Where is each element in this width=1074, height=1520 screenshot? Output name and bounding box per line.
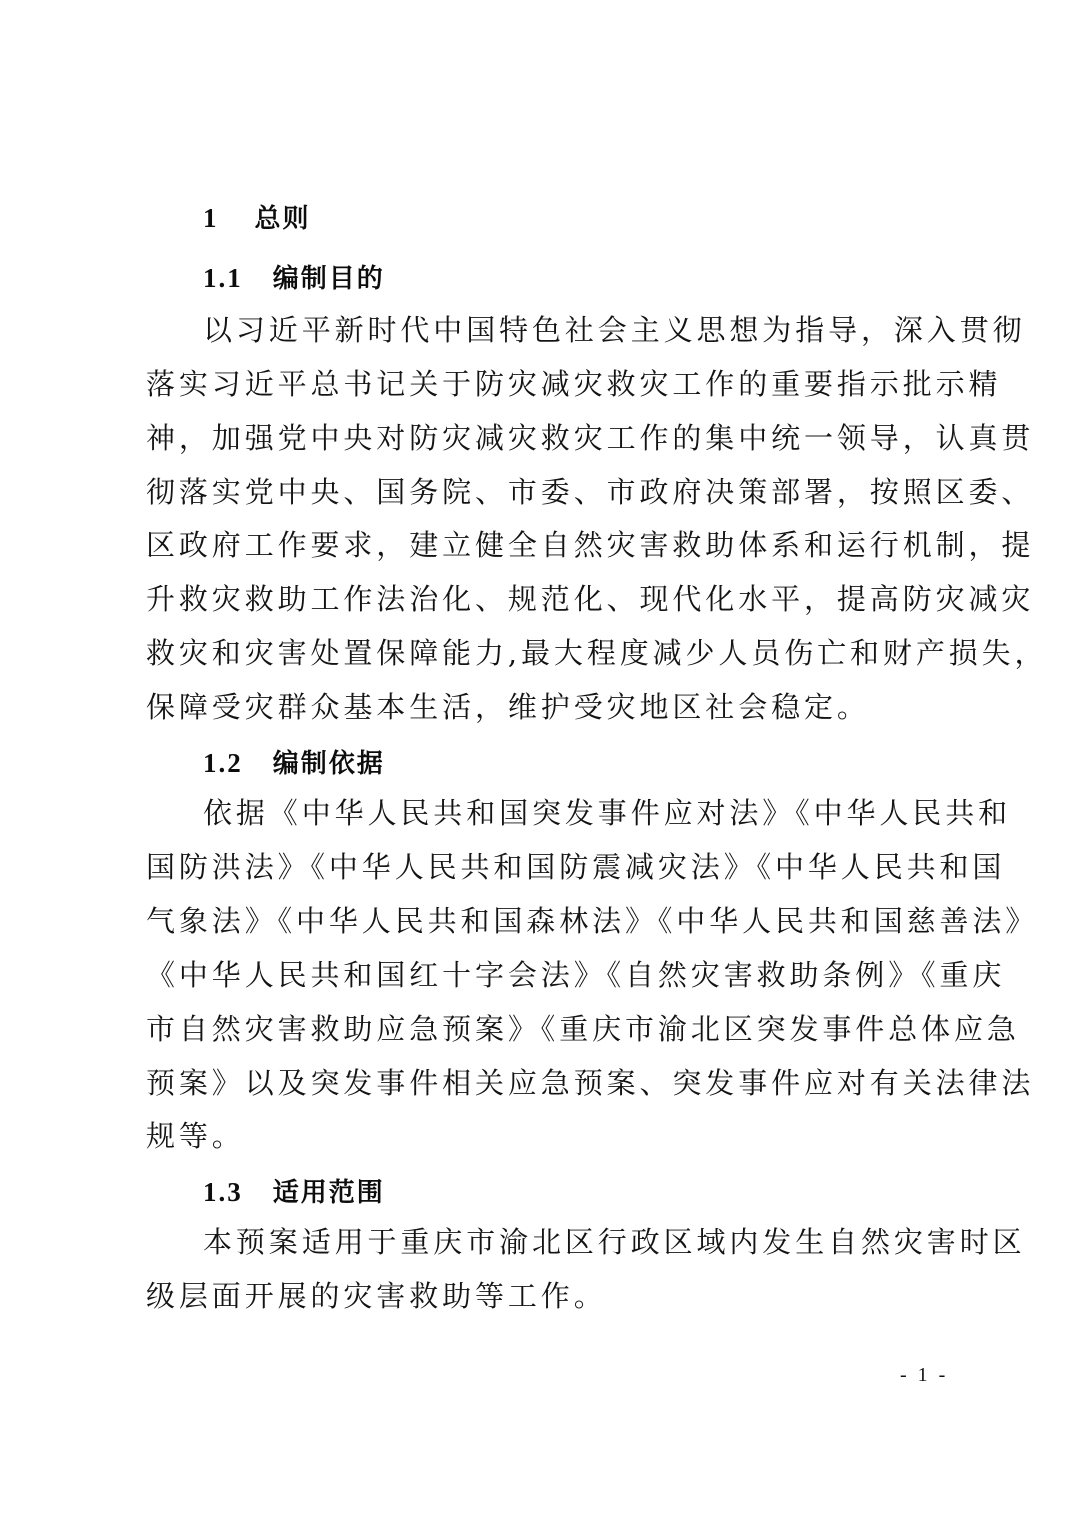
paragraph-line: 气象法》《中华人民共和国森林法》《中华人民共和国慈善法》 xyxy=(146,901,936,941)
section-number: 1.1 xyxy=(203,263,243,294)
paragraph-line: 救灾和灾害处置保障能力,最大程度减少人员伤亡和财产损失， xyxy=(146,633,936,673)
section-number: 1.2 xyxy=(203,748,243,779)
section-title: 适用范围 xyxy=(273,1178,385,1208)
paragraph-line: 区政府工作要求，建立健全自然灾害救助体系和运行机制，提 xyxy=(146,525,936,565)
section-title: 编制依据 xyxy=(273,749,385,779)
section-title: 总则 xyxy=(255,204,311,234)
paragraph-line: 升救灾救助工作法治化、规范化、现代化水平，提高防灾减灾 xyxy=(146,579,936,619)
document-page: 1总则 1.1编制目的 以习近平新时代中国特色社会主义思想为指导，深入贯彻 落实… xyxy=(0,0,1074,1520)
paragraph-line: 保障受灾群众基本生活，维护受灾地区社会稳定。 xyxy=(146,687,936,727)
section-number: 1 xyxy=(203,203,219,234)
paragraph-line: 国防洪法》《中华人民共和国防震减灾法》《中华人民共和国 xyxy=(146,847,936,887)
section-heading-1-2: 1.2编制依据 xyxy=(203,743,385,780)
paragraph-line: 《中华人民共和国红十字会法》《自然灾害救助条例》《重庆 xyxy=(146,955,936,995)
section-number: 1.3 xyxy=(203,1177,243,1208)
section-title: 编制目的 xyxy=(273,264,385,294)
paragraph-line: 以习近平新时代中国特色社会主义思想为指导，深入贯彻 xyxy=(203,310,993,350)
paragraph-line: 彻落实党中央、国务院、市委、市政府决策部署，按照区委、 xyxy=(146,472,936,512)
section-heading-1-1: 1.1编制目的 xyxy=(203,258,385,295)
paragraph-line: 规等。 xyxy=(146,1116,936,1156)
paragraph-line: 市自然灾害救助应急预案》《重庆市渝北区突发事件总体应急 xyxy=(146,1009,936,1049)
paragraph-line: 级层面开展的灾害救助等工作。 xyxy=(146,1276,936,1316)
paragraph-line: 落实习近平总书记关于防灾减灾救灾工作的重要指示批示精 xyxy=(146,364,936,404)
section-heading-1-3: 1.3适用范围 xyxy=(203,1172,385,1209)
paragraph-line: 依据《中华人民共和国突发事件应对法》《中华人民共和 xyxy=(203,793,993,833)
paragraph-line: 预案》以及突发事件相关应急预案、突发事件应对有关法律法 xyxy=(146,1063,936,1103)
section-heading-1: 1总则 xyxy=(203,198,311,235)
page-number: - 1 - xyxy=(900,1364,948,1387)
paragraph-line: 神，加强党中央对防灾减灾救灾工作的集中统一领导，认真贯 xyxy=(146,418,936,458)
paragraph-line: 本预案适用于重庆市渝北区行政区域内发生自然灾害时区 xyxy=(203,1222,993,1262)
